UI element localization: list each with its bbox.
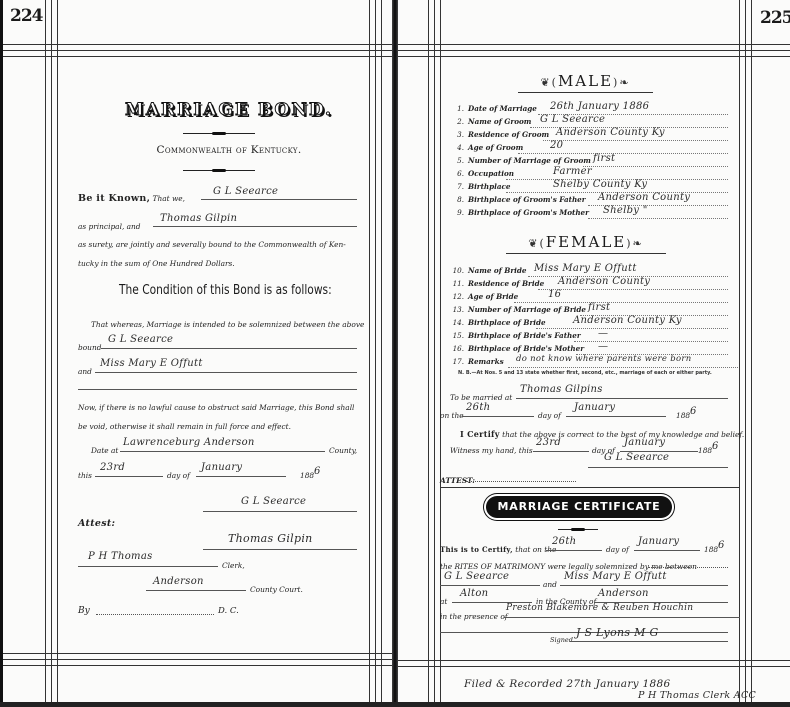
ruling-line [428, 0, 429, 707]
item-line [518, 153, 728, 154]
county-court-label: County Court. [250, 585, 303, 594]
principal-name: G L Seearce [213, 186, 278, 197]
item-label: Residence of Bride [468, 279, 544, 288]
item-number: 11. [448, 279, 464, 288]
day-of-label: day of [167, 471, 190, 480]
groom-residence-value: Anderson County Ky [556, 127, 665, 138]
item-label: Birthplace of Bride's Mother [468, 344, 584, 353]
cert-signed-value: J S Lyons M G [576, 626, 659, 639]
groom-marriage-number-value: first [593, 153, 615, 164]
cert-at-value: Alton [460, 588, 488, 599]
to-be-married-value: Thomas Gilpins [520, 384, 603, 395]
condition-heading: The Condition of this Bond is as follows… [119, 283, 332, 298]
ornament-divider [183, 133, 255, 134]
cert-and-label: and [543, 580, 557, 589]
ruling-line [739, 0, 740, 707]
county-court-name: Anderson [153, 576, 204, 587]
surety-signature: Thomas Gilpin [228, 532, 313, 545]
item-label: Number of Marriage of Groom [468, 156, 591, 165]
right-page-marriage-record: 225 ❦(MALE)❧ 1.Date of Marriage 26th Jan… [398, 0, 790, 707]
ruling-line [3, 50, 392, 51]
month-value: January [201, 462, 242, 473]
item-number: 16. [448, 344, 464, 353]
bride-name-value: Miss Mary E Offutt [534, 263, 637, 274]
ruling-line [434, 0, 435, 707]
cert-month-value: January [638, 536, 679, 547]
ruling-line [398, 44, 790, 45]
whereas-text: That whereas, Marriage is intended to be… [91, 320, 364, 329]
nb-note: N. B.—At Nos. 5 and 13 state whether fir… [458, 370, 712, 376]
item-line [536, 328, 728, 329]
flourish-right-icon: )❧ [626, 237, 644, 250]
county-label: County, [329, 446, 357, 455]
section-rule [518, 92, 653, 93]
cert-at-label: at [440, 597, 447, 606]
item-number: 6. [448, 169, 464, 178]
ruling-line [3, 44, 392, 45]
item-number: 4. [448, 143, 464, 152]
item-label: Birthplace of Groom's Father [468, 195, 586, 204]
item-line [588, 218, 728, 219]
item-label: Birthplace [468, 182, 511, 191]
dc-label: D. C. [218, 606, 239, 616]
be-it-known-label: Be it Known, [78, 193, 150, 204]
on-the-day-value: 26th [466, 402, 490, 413]
bride-mother-birthplace-value: — [598, 341, 608, 352]
item-line [538, 289, 728, 290]
cert-groom-value: G L Seearce [444, 571, 509, 582]
item-label: Birthplace of Bride [468, 318, 546, 327]
cert-this-is-label: This is to Certify, [440, 545, 513, 554]
groom-occupation-value: Farmer [553, 166, 592, 177]
item-number: 1. [448, 104, 464, 113]
as-principal-label: as principal, and [78, 222, 141, 231]
year-prefix: 188 [300, 471, 314, 480]
dated-at-label: Date at [91, 446, 118, 455]
male-item: 4.Age of Groom [448, 143, 523, 155]
ruling-line [3, 653, 392, 654]
item-label: Birthplace of Bride's Father [468, 331, 581, 340]
page-number: 225 [760, 8, 790, 28]
on-the-year-suffix: 6 [690, 406, 697, 417]
groom-mother-birthplace-value: Shelby " [603, 205, 648, 216]
item-number: 7. [448, 182, 464, 191]
bride-birthplace-value: Anderson County Ky [573, 315, 682, 326]
ruling-line [51, 0, 52, 707]
blank-line [78, 378, 357, 390]
female-item: 11.Residence of Bride [448, 279, 544, 291]
cert-bride-value: Miss Mary E Offutt [564, 571, 667, 582]
attest-label: Attest: [78, 518, 115, 529]
item-number: 8. [448, 195, 464, 204]
item-number: 15. [448, 331, 464, 340]
item-label: Name of Bride [468, 266, 527, 275]
item-number: 12. [448, 292, 464, 301]
document-title: MARRIAGE BOND. [63, 100, 392, 120]
attest-field [466, 470, 576, 482]
cert-county-value: Anderson [598, 588, 649, 599]
female-item: 10.Name of Bride [448, 266, 527, 278]
witness-year-suffix: 6 [712, 441, 719, 452]
item-line [583, 166, 728, 167]
flourish-left-icon: ❦( [540, 76, 558, 89]
left-page-marriage-bond: 224 MARRIAGE BOND. Commonwealth of Kentu… [0, 0, 392, 707]
filed-recorded-note: Filed & Recorded 27th January 1886 [464, 678, 670, 690]
book-bottom-edge [0, 702, 790, 707]
bound-label: bound [78, 343, 101, 352]
female-item: 14.Birthplace of Bride [448, 318, 546, 330]
surety-text-2: tucky in the sum of One Hundred Dollars. [78, 259, 235, 268]
male-item: 9.Birthplace of Groom's Mother [448, 208, 589, 220]
section-rule [440, 487, 739, 488]
groom-age-value: 20 [550, 140, 563, 151]
witness-day-value: 23rd [536, 437, 561, 448]
male-item: 1.Date of Marriage [448, 104, 537, 116]
clerk-label: Clerk, [222, 561, 245, 570]
witness-month-value: January [624, 437, 665, 448]
cert-first-line: This is to Certify, that on the [440, 545, 556, 554]
item-number: 17. [448, 357, 464, 366]
male-item: 2.Name of Groom [448, 117, 531, 129]
that-we-label: That we, [153, 194, 185, 203]
item-label: Date of Marriage [468, 104, 537, 113]
section-rule [506, 253, 666, 254]
document-subtitle: Commonwealth of Kentucky. [63, 144, 392, 156]
this-label: this [78, 471, 92, 480]
witness-year-prefix: 188 [698, 446, 712, 455]
bride-marriage-number-value: first [588, 302, 610, 313]
male-item: 7.Birthplace [448, 182, 511, 194]
male-heading: ❦(MALE)❧ [518, 72, 653, 90]
flourish-left-icon: ❦( [528, 237, 546, 250]
item-number: 10. [448, 266, 464, 275]
groom-name-value: G L Seearce [540, 114, 605, 125]
female-item: 12.Age of Bride [448, 292, 518, 304]
ruling-line [45, 0, 46, 707]
male-item: 3.Residence of Groom [448, 130, 549, 142]
on-the-month-value: January [574, 402, 615, 413]
groom-father-birthplace-value: Anderson County [598, 192, 690, 203]
female-item: 13.Number of Marriage of Bride [448, 305, 586, 317]
item-label: Age of Bride [468, 292, 518, 301]
dated-at-value: Lawrenceburg Anderson [123, 437, 255, 448]
ornament-divider [558, 529, 598, 530]
bride-age-value: 16 [548, 289, 561, 300]
cert-year-prefix: 188 [704, 545, 718, 554]
item-label: Number of Marriage of Bride [468, 305, 586, 314]
principal-signature: G L Seearce [241, 496, 306, 507]
item-label: Name of Groom [468, 117, 531, 126]
groom-birthplace-value: Shelby County Ky [553, 179, 647, 190]
item-line [508, 367, 738, 368]
item-number: 9. [448, 208, 464, 217]
witness-label: Witness my hand, this [450, 446, 533, 455]
witness-signature: G L Seearce [604, 452, 669, 463]
ruling-line [57, 0, 58, 707]
female-item: 17.Remarks [448, 357, 504, 369]
item-label: Residence of Groom [468, 130, 549, 139]
by-field [96, 603, 214, 615]
cert-year-suffix: 6 [718, 540, 725, 551]
year-suffix: 6 [314, 466, 321, 477]
item-number: 3. [448, 130, 464, 139]
be-it-known-line: Be it Known, That we, [78, 193, 185, 204]
item-number: 5. [448, 156, 464, 165]
certify-line: I Certify that the above is correct to t… [460, 429, 744, 439]
item-label: Occupation [468, 169, 514, 178]
ruling-line [398, 660, 790, 661]
filed-clerk-signature: P H Thomas Clerk ACC [638, 690, 756, 701]
bride-father-birthplace-value: — [598, 328, 608, 339]
female-heading: ❦(FEMALE)❧ [506, 233, 666, 251]
ruling-line [398, 50, 790, 51]
item-number: 2. [448, 117, 464, 126]
item-line [514, 302, 728, 303]
now-text-2: be void, otherwise it shall remain in fu… [78, 422, 291, 431]
ruling-line [745, 0, 746, 707]
ruling-line [398, 666, 790, 667]
page-number: 224 [10, 6, 43, 26]
ruling-line [3, 665, 392, 666]
certify-bold: I Certify [460, 429, 500, 439]
ruling-line [3, 659, 392, 660]
on-the-year-prefix: 188 [676, 411, 690, 420]
cert-rites-field [648, 556, 728, 568]
flourish-right-icon: )❧ [613, 76, 631, 89]
surety-text-1: as surety, are jointly and severally bou… [78, 240, 346, 249]
clerk-name: P H Thomas [88, 551, 153, 562]
date-of-marriage-value: 26th January 1886 [550, 101, 649, 112]
cert-day-of-label: day of [606, 545, 629, 554]
on-the-label: on the [440, 411, 464, 420]
day-value: 23rd [100, 462, 125, 473]
marriage-certificate-banner: MARRIAGE CERTIFICATE [486, 496, 672, 518]
female-heading-text: FEMALE [546, 233, 626, 251]
female-item: 15.Birthplace of Bride's Father [448, 331, 581, 343]
item-line [543, 140, 728, 141]
now-text-1: Now, if there is no lawful cause to obst… [78, 403, 354, 412]
by-label: By [78, 606, 90, 616]
male-item: 6.Occupation [448, 169, 514, 181]
remarks-value: do not know where parents were born [516, 354, 692, 364]
ruling-line [751, 0, 752, 707]
bound-name: G L Seearce [108, 334, 173, 345]
bride-name: Miss Mary E Offutt [100, 358, 203, 369]
ornament-divider [183, 170, 255, 171]
item-label: Birthplace of Groom's Mother [468, 208, 589, 217]
cert-presence-label: in the presence of [440, 612, 508, 621]
ruling-line [3, 56, 392, 57]
cert-day-value: 26th [552, 536, 576, 547]
surety-name: Thomas Gilpin [160, 213, 237, 224]
to-be-married-label: To be married at [450, 393, 512, 402]
item-label: Age of Groom [468, 143, 523, 152]
item-number: 13. [448, 305, 464, 314]
item-label: Remarks [468, 357, 504, 366]
ruling-line [398, 56, 790, 57]
bride-residence-value: Anderson County [558, 276, 650, 287]
cert-presence-value: Preston Blakemore & Reuben Houchin [506, 603, 693, 613]
male-heading-text: MALE [558, 72, 613, 90]
male-item: 8.Birthplace of Groom's Father [448, 195, 586, 207]
on-the-day-of-label: day of [538, 411, 561, 420]
item-number: 14. [448, 318, 464, 327]
and-label: and [78, 367, 92, 376]
